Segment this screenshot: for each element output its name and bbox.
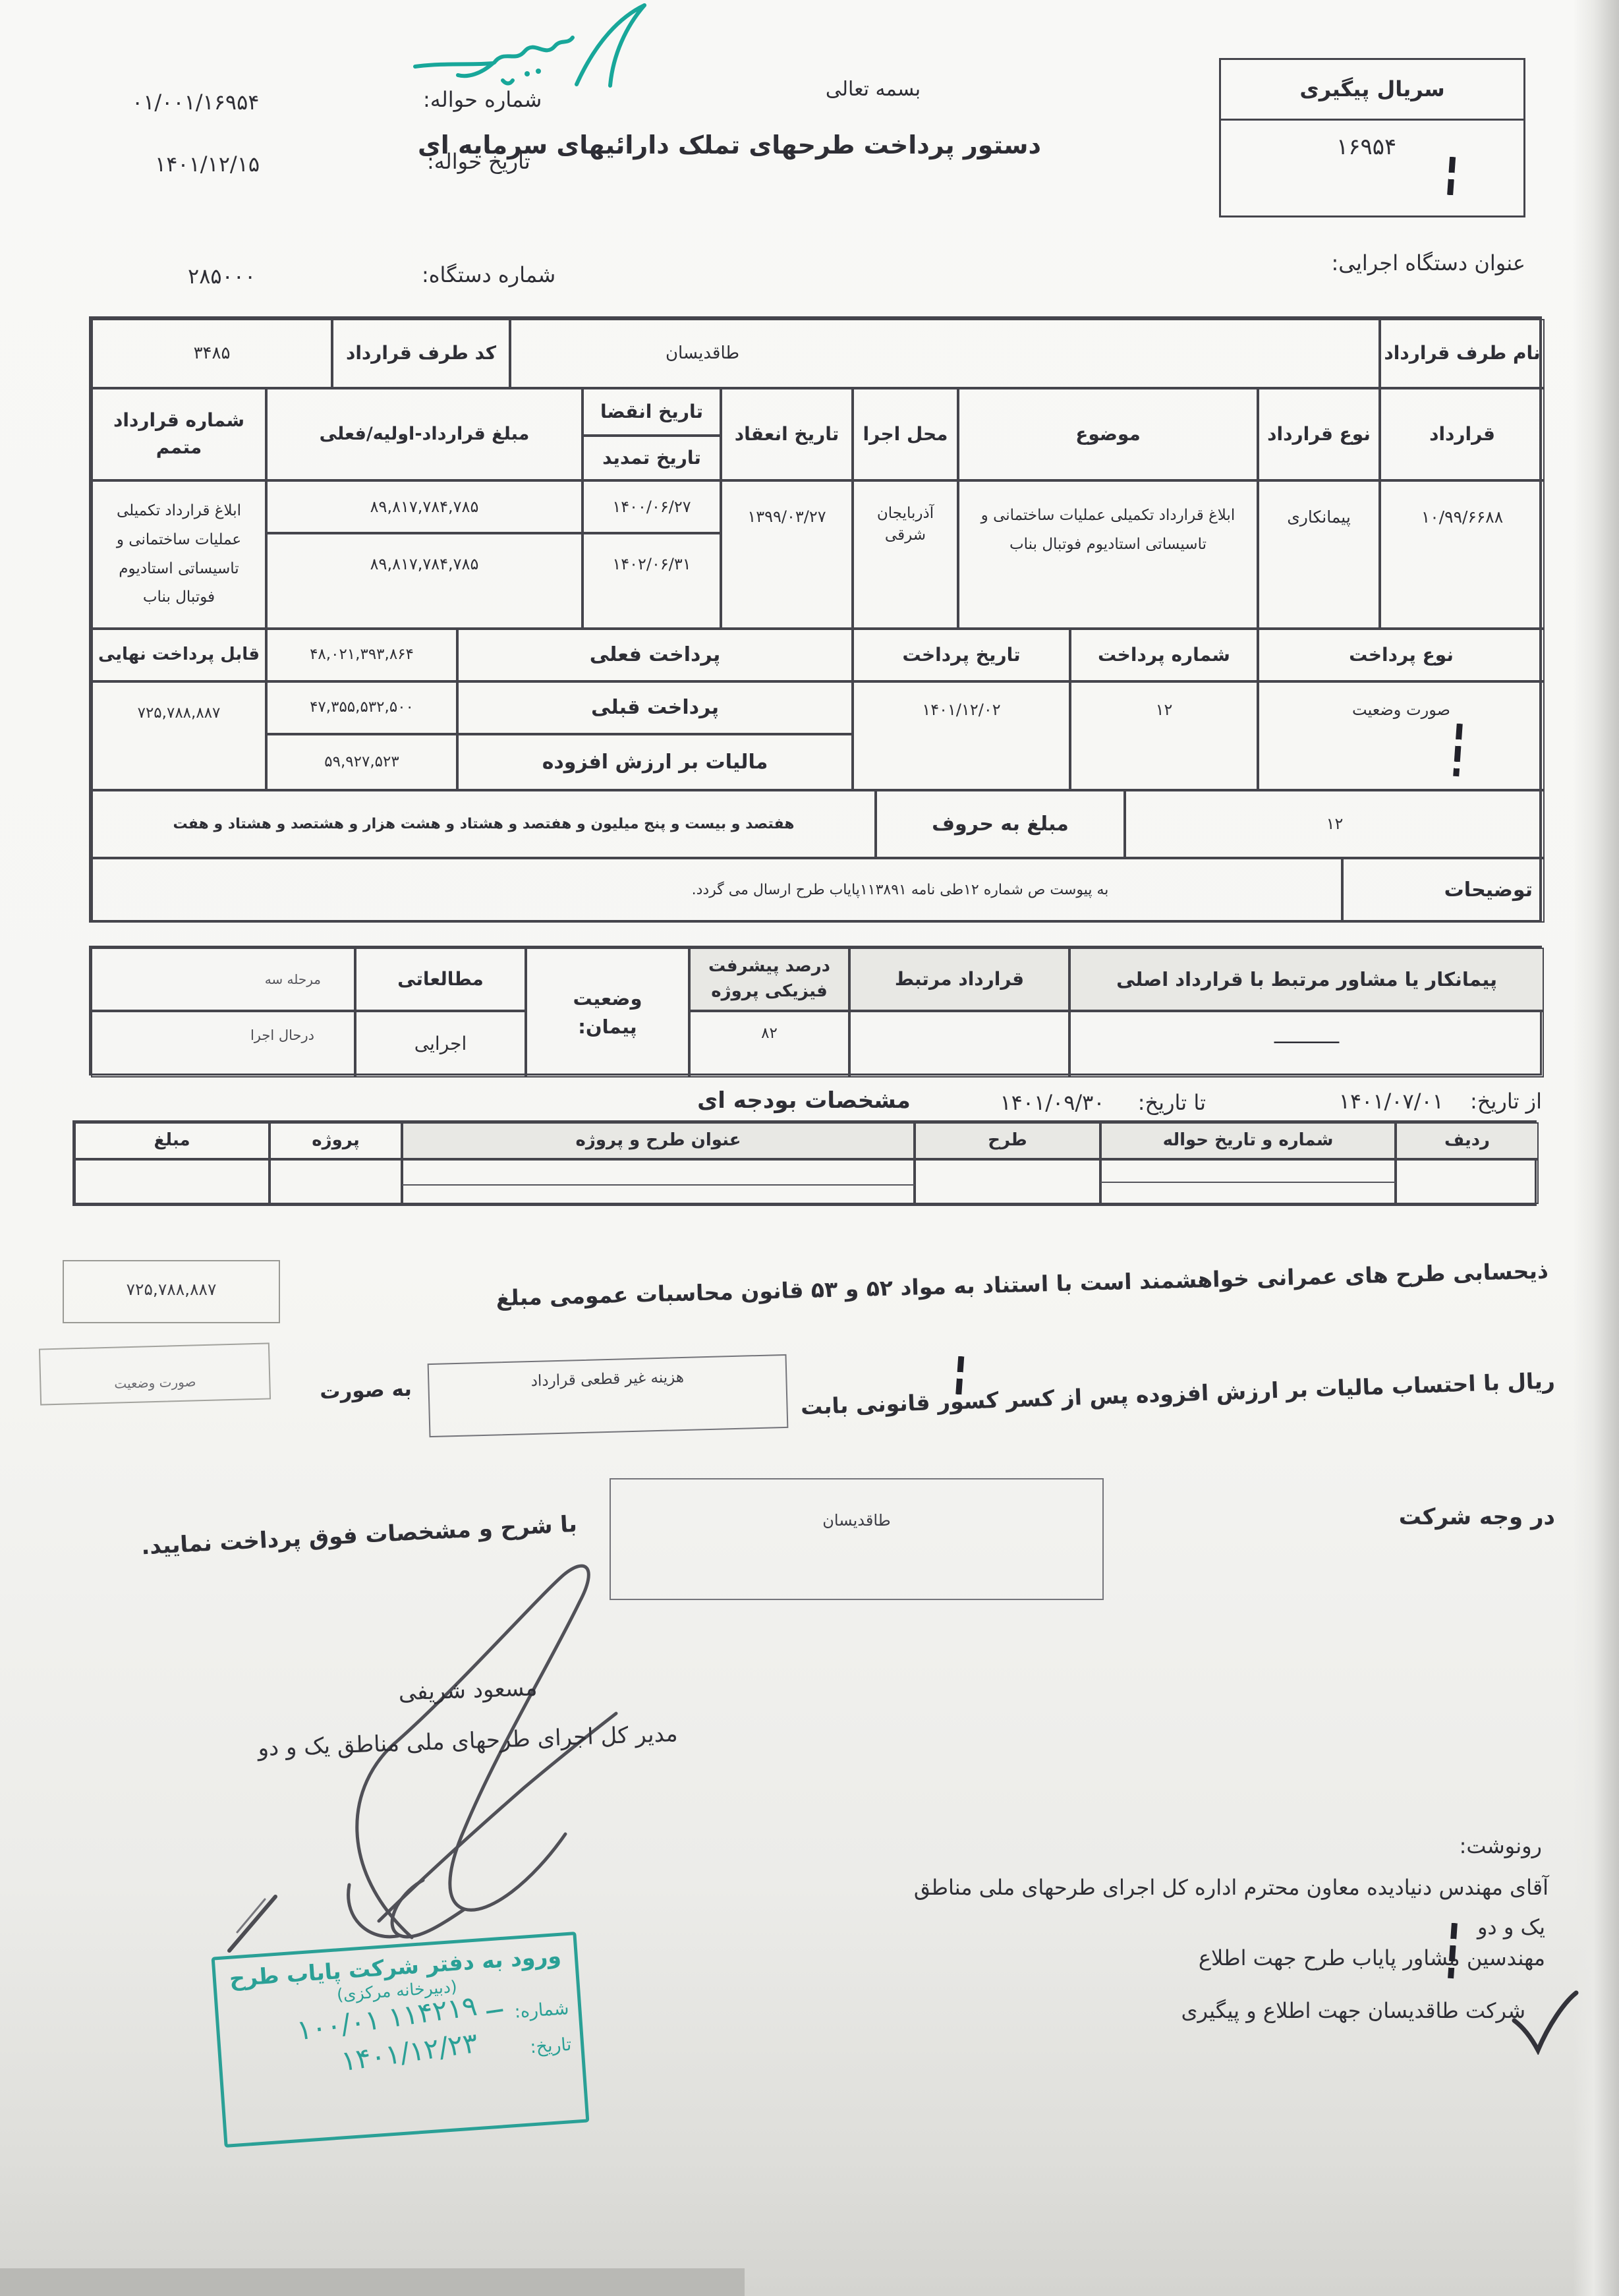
cc-item-1: آقای مهندس دنیادیده معاون محترم اداره کل… [863,1875,1548,1900]
tracking-serial-box: سریال پیگیری ۱۶۹۵۴ [1219,58,1525,217]
budget-table: ردیف شماره و تاریخ حواله طرح عنوان طرح و… [72,1120,1537,1206]
progress-value: ۸۲ [689,1011,849,1077]
contract-amount-initial: ۸۹,۸۱۷,۷۸۴,۷۸۵ [266,480,582,533]
final-payable-value: ۷۲۵,۷۸۸,۸۸۷ [92,681,266,790]
payee-label: در وجه شرکت [1371,1504,1555,1530]
current-payment-value: ۴۸,۰۲۱,۳۹۳,۸۶۴ [266,629,457,681]
order-line1: ذیحسابی طرح های عمرانی خواهشمند است با ا… [461,1257,1548,1311]
party-code-value: ۳۴۸۵ [92,319,332,388]
col-payment-type: نوع پرداخت [1258,629,1545,681]
vat-label: مالیات بر ارزش افزوده [457,734,853,790]
tracking-serial-value: ۱۶۹۵۴ [1336,134,1396,160]
status-section-table: پیمانکار یا مشاور مرتبط با قرارداد اصلی … [89,946,1542,1076]
col-supplement: شماره قرارداد متمم [92,388,266,480]
contract-location-value: آذربایجان شرقی [853,480,958,629]
notes-value: به پیوست ص شماره ۱۲طی نامه ۱۱۳۸۹۱پایاب ط… [92,858,1342,923]
col-type: نوع قرارداد [1258,388,1380,480]
stage-value: درحال اجرا [91,1011,355,1077]
party-name-label: نام طرف قرارداد [1380,319,1545,388]
payment-type-value: صورت وضعیت [1258,681,1545,790]
order-amount-value: ۷۲۵,۷۸۸,۸۸۷ [127,1280,217,1299]
expense-type-box: هزینه غیر قطعی قرارداد [428,1354,789,1437]
bismillah: بسمه تعالی [794,78,952,101]
col-subject: موضوع [958,388,1258,480]
scanned-payment-order-document: بسمه تعالی دستور پرداخت طرحهای تملک دارا… [0,0,1619,2296]
col-sign-date: تاریخ انعقاد [721,388,853,480]
from-date: از تاریخ: ۱۴۰۱/۰۷/۰۱ [1245,1089,1542,1114]
notes-label: توضیحات [1342,858,1545,923]
payment-date-value: ۱۴۰۱/۱۲/۰۲ [853,681,1070,790]
company-value: طاقدیسان [822,1511,891,1530]
col-contractor: پیمانکار یا مشاور مرتبط با قرارداد اصلی [1069,948,1544,1011]
besurat-label: به صورت [302,1377,428,1405]
cc-item-3: شرکت طاقدیسان جهت اطلاع و پیگیری [1054,1998,1525,2023]
cc-item-2: مهندسین مشاور پایاب طرح جهت اطلاع [1074,1945,1545,1970]
party-code-label: کد طرف قرارداد [332,319,510,388]
contractor-value: ــــــــــــ [1069,1011,1544,1077]
col-progress: درصد پیشرفت فیزیکی پروژه [689,948,849,1011]
col-stage: مرحله سه [91,948,355,1011]
col-row-no: ردیف [1396,1122,1539,1159]
contract-type-value: پیمانکاری [1258,480,1380,629]
entry-stamp: ورود به دفتر شرکت پایاب طرح (دبیرخانه مر… [212,1932,590,2148]
study-value: اجرایی [355,1011,526,1077]
scan-edge-right [1573,0,1619,2296]
budget-empty-row [915,1159,1100,1204]
col-amount: مبلغ [74,1122,270,1159]
related-contract-value [849,1011,1069,1077]
previous-payment-label: پرداخت قبلی [457,681,853,734]
checkmark-icon [1509,1989,1581,2055]
surat-value: صورت وضعیت [114,1373,196,1391]
col-plan: طرح [915,1122,1100,1159]
order-line2: ریال با احتساب مالیات بر ارزش افزوده پس … [810,1367,1556,1419]
col-location: محل اجرا [853,388,958,480]
from-date-value: ۱۴۰۱/۰۷/۰۱ [1339,1089,1444,1114]
current-payment-label: پرداخت فعلی [457,629,853,681]
expense-type-value: هزینه غیر قطعی قرارداد [530,1369,684,1390]
contract-payment-table: نام طرف قرارداد طاقدیسان کد طرف قرارداد … [89,316,1542,923]
to-date: تا تاریخ: ۱۴۰۱/۰۹/۳۰ [923,1090,1206,1115]
contract-amount-current: ۸۹,۸۱۷,۷۸۴,۷۸۵ [266,533,582,629]
col-contract: قرارداد [1380,388,1545,480]
col-related-contract: قرارداد مرتبط [849,948,1069,1011]
col-expiry: تاریخ انقضا [582,388,721,436]
amount-words-value: هفتصد و بیست و پنج میلیون و هفتصد و هشتا… [92,790,876,858]
previous-payment-value: ۴۷,۳۵۵,۵۳۲,۵۰۰ [266,681,457,734]
tracking-serial-label: سریال پیگیری [1221,60,1523,121]
col-study: مطالعاتی [355,948,526,1011]
contract-expiry-value: ۱۴۰۰/۰۶/۲۷ [582,480,721,533]
col-payment-no: شماره پرداخت [1070,629,1258,681]
vat-value: ۵۹,۹۲۷,۵۲۳ [266,734,457,790]
stamp-no-label: شماره: [514,1998,570,2023]
budget-empty-row [270,1159,402,1204]
budget-empty-row [1396,1159,1539,1204]
final-payable-label: قابل پرداخت نهایی [92,629,266,681]
col-project: پروژه [270,1122,402,1159]
party-name-value: طاقدیسان [510,319,1380,388]
contract-subject-value: ابلاغ قرارداد تکمیلی عملیات ساختمانی و ت… [958,480,1258,629]
document-title: دستور پرداخت طرحهای تملک دارائیهای سرمای… [527,130,1041,159]
hawala-date-value: ۱۴۰۱/۱۲/۱۵ [155,152,260,177]
to-date-value: ۱۴۰۱/۰۹/۳۰ [1000,1090,1104,1115]
amount-words-no: ۱۲ [1125,790,1545,858]
budget-empty-row [402,1159,915,1204]
contract-supplement-value: ابلاغ قرارداد تکمیلی عملیات ساختمانی و ت… [92,480,266,629]
device-no-label: شماره دستگاه: [422,262,555,287]
col-payment-date: تاریخ پرداخت [853,629,1070,681]
col-extension: تاریخ تمدید [582,436,721,480]
stamp-date-label: تاریخ: [529,2034,572,2057]
amount-words-label: مبلغ به حروف [876,790,1125,858]
hawala-no-value: ۰۱/۰۰۱/۱۶۹۵۴ [132,90,259,115]
from-date-label: از تاریخ: [1470,1089,1542,1114]
budget-empty-row [74,1159,270,1204]
contract-extension-value: ۱۴۰۲/۰۶/۳۱ [582,533,721,629]
contract-no-value: ۱۰/۹۹/۶۶۸۸ [1380,480,1545,629]
hawala-no-label: شماره حواله: [423,87,542,112]
partial-line [402,1184,915,1186]
order-amount-box: ۷۲۵,۷۸۸,۸۸۷ [63,1260,280,1323]
agency-title-label: عنوان دستگاه اجرایی: [1249,250,1525,275]
cc-label: رونوشت: [1374,1833,1542,1858]
contract-sign-date-value: ۱۳۹۹/۰۳/۲۷ [721,480,853,629]
col-plan-project-title: عنوان طرح و پروژه [402,1122,915,1159]
to-date-label: تا تاریخ: [1138,1090,1206,1115]
hawala-date-label: تاریخ حواله: [427,149,530,174]
partial-line [1100,1182,1396,1183]
budget-section-title: مشخصات بودجه ای [692,1087,916,1114]
col-pact-status: وضعیت پیمان: [526,948,689,1077]
col-amount: مبلغ قرارداد-اولیه/فعلی [266,388,582,480]
scan-streak-bottom-left [0,2268,745,2296]
device-no-value: ۲۸۵۰۰۰ [188,264,256,289]
surat-box: صورت وضعیت [39,1342,271,1405]
payment-no-value: ۱۲ [1070,681,1258,790]
col-hawala-no-date: شماره و تاریخ حواله [1100,1122,1396,1159]
pin-icon [217,1893,283,1959]
